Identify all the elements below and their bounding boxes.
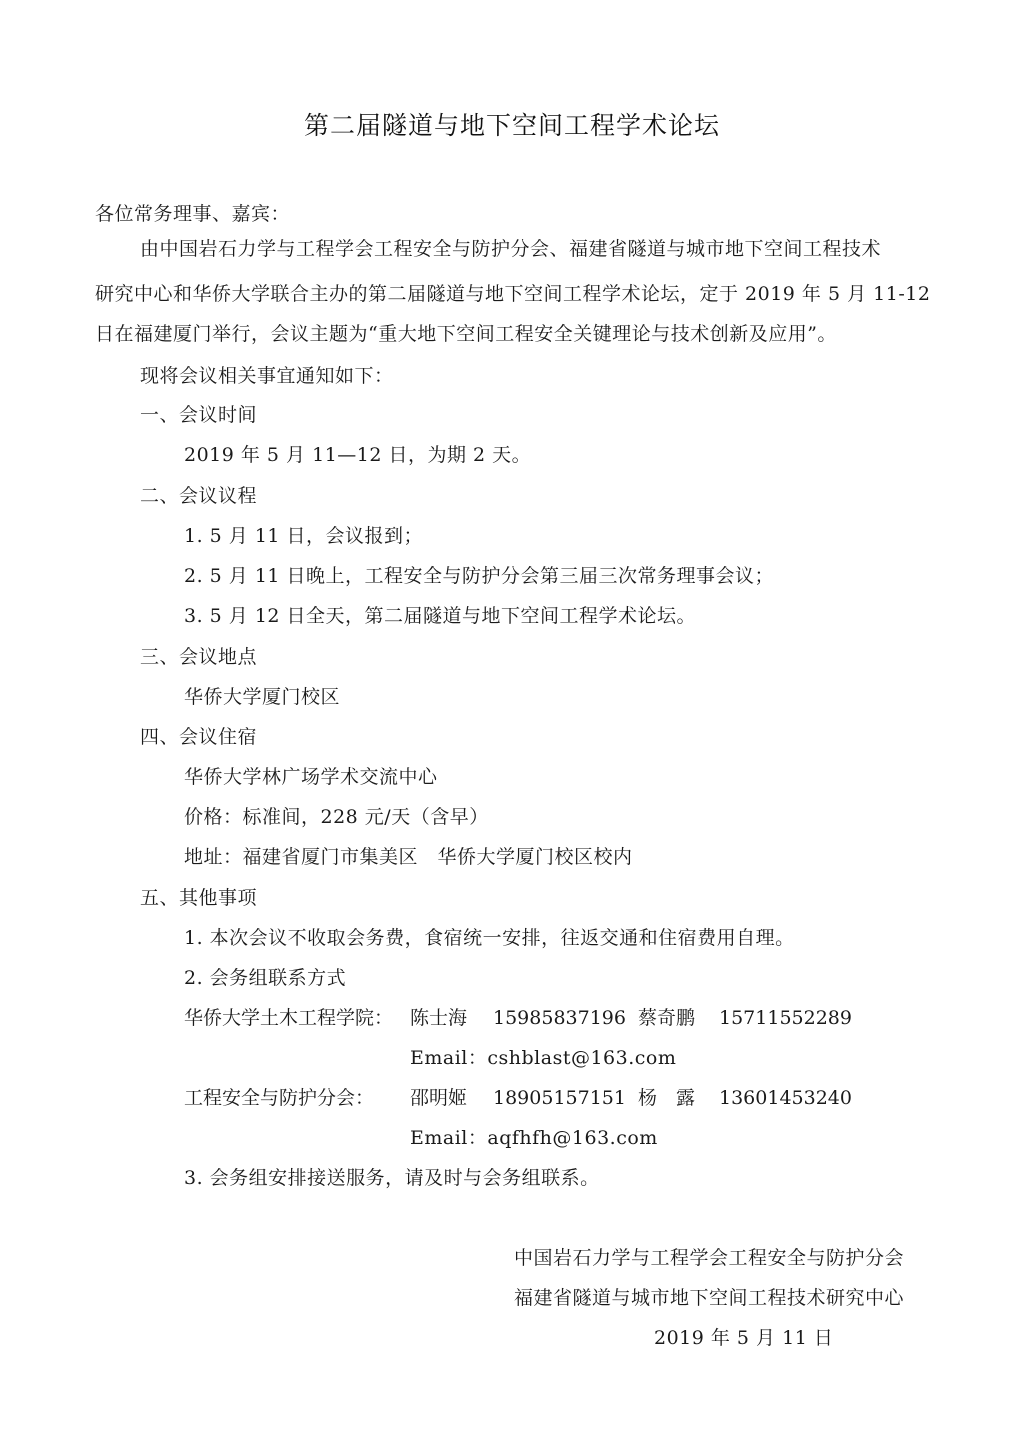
section-time-heading: 一、会议时间 [140, 403, 257, 427]
section-venue-content: 华侨大学厦门校区 [184, 685, 340, 709]
contact-phone: 13601453240 [719, 1086, 852, 1110]
intro-line-2: 研究中心和华侨大学联合主办的第二届隧道与地下空间工程学术论坛，定于 2019 年… [95, 282, 930, 306]
signature-date: 2019 年 5 月 11 日 [654, 1326, 833, 1350]
contact-phone: 15985837196 [493, 1006, 626, 1030]
lodging-hotel: 华侨大学林广场学术交流中心 [184, 765, 438, 789]
contact-org: 工程安全与防护分会： [184, 1086, 374, 1110]
section-time-content: 2019 年 5 月 11—12 日，为期 2 天。 [184, 443, 531, 467]
document-title: 第二届隧道与地下空间工程学术论坛 [0, 106, 1024, 142]
contact-name: 杨 露 [638, 1086, 695, 1110]
agenda-item-2: 2. 5 月 11 日晚上，工程安全与防护分会第三届三次常务理事会议； [184, 564, 774, 588]
other-item-1: 1. 本次会议不收取会务费，食宿统一安排，往返交通和住宿费用自理。 [184, 926, 795, 950]
contact-name: 陈士海 [410, 1006, 467, 1030]
contact-email: Email：aqfhfh@163.com [410, 1126, 658, 1150]
lodging-address: 地址：福建省厦门市集美区 华侨大学厦门校区校内 [184, 845, 633, 869]
contact-phone: 18905157151 [493, 1086, 626, 1110]
intro-line-1: 由中国岩石力学与工程学会工程安全与防护分会、福建省隧道与城市地下空间工程技术 [140, 237, 881, 261]
section-agenda-heading: 二、会议议程 [140, 484, 257, 508]
other-item-3: 3. 会务组安排接送服务，请及时与会务组联系。 [184, 1166, 600, 1190]
agenda-item-3: 3. 5 月 12 日全天，第二届隧道与地下空间工程学术论坛。 [184, 604, 696, 628]
section-lodging-heading: 四、会议住宿 [140, 725, 257, 749]
contact-name: 蔡奇鹏 [638, 1006, 695, 1030]
contact-org: 华侨大学土木工程学院： [184, 1006, 393, 1030]
lodging-price: 价格：标准间，228 元/天（含早） [184, 805, 489, 829]
notice-lead: 现将会议相关事宜通知如下： [140, 364, 394, 388]
agenda-item-1: 1. 5 月 11 日，会议报到； [184, 524, 423, 548]
signature-org-2: 福建省隧道与城市地下空间工程技术研究中心 [514, 1286, 904, 1310]
contact-name: 邵明姬 [410, 1086, 467, 1110]
section-venue-heading: 三、会议地点 [140, 645, 257, 669]
section-other-heading: 五、其他事项 [140, 886, 257, 910]
intro-line-3: 日在福建厦门举行，会议主题为“重大地下空间工程安全关键理论与技术创新及应用”。 [95, 322, 837, 346]
salutation: 各位常务理事、嘉宾： [95, 202, 290, 226]
contact-email: Email：cshblast@163.com [410, 1046, 676, 1070]
other-item-2: 2. 会务组联系方式 [184, 966, 346, 990]
signature-org-1: 中国岩石力学与工程学会工程安全与防护分会 [514, 1246, 904, 1270]
contact-phone: 15711552289 [719, 1006, 852, 1030]
